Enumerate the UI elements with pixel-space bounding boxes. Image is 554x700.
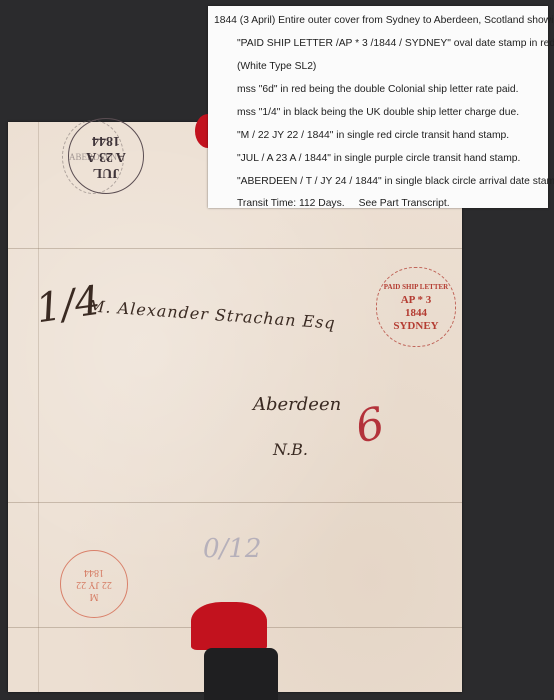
card-line: "M / 22 JY 22 / 1844" in single red circ…	[237, 130, 509, 141]
card-line: mss "6d" in red being the double Colonia…	[237, 84, 519, 95]
fold-line	[38, 122, 39, 692]
card-title: 1844 (3 April) Entire outer cover from S…	[214, 15, 554, 26]
address-line-1: M. Alexander Strachan Esq	[88, 296, 337, 332]
sydney-ship-letter-stamp: PAID SHIP LETTER AP * 3 1844 SYDNEY	[376, 267, 456, 347]
transit-time: Transit Time: 112 Days.	[237, 198, 345, 209]
card-line: (White Type SL2)	[237, 61, 316, 72]
card-line: mss "1/4" in black being the UK double s…	[237, 107, 519, 118]
card-line: "JUL / A 23 A / 1844" in single purple c…	[237, 153, 520, 164]
address-line-3: N.B.	[273, 440, 308, 459]
see-transcript: See Part Transcript.	[359, 198, 450, 209]
card-line: "ABERDEEN / T / JY 24 / 1844" in single …	[237, 176, 554, 187]
fold-line	[8, 502, 462, 503]
address-line-2: Aberdeen	[253, 394, 341, 415]
seal-tear-hole	[204, 648, 278, 700]
rate-manuscript-red: 6	[351, 398, 389, 454]
description-card: 1844 (3 April) Entire outer cover from S…	[208, 6, 548, 208]
jul-transit-stamp: JUL A 23 A 1844	[68, 118, 144, 194]
fold-line	[8, 248, 462, 249]
wax-seal-bottom	[191, 602, 267, 650]
card-line: "PAID SHIP LETTER /AP * 3 /1844 / SYDNEY…	[237, 38, 554, 49]
pencil-notation: 0/12	[203, 534, 261, 564]
card-footer: Transit Time: 112 Days.See Part Transcri…	[237, 198, 450, 209]
red-transit-stamp: M 22 JY 22 1844	[60, 550, 128, 618]
